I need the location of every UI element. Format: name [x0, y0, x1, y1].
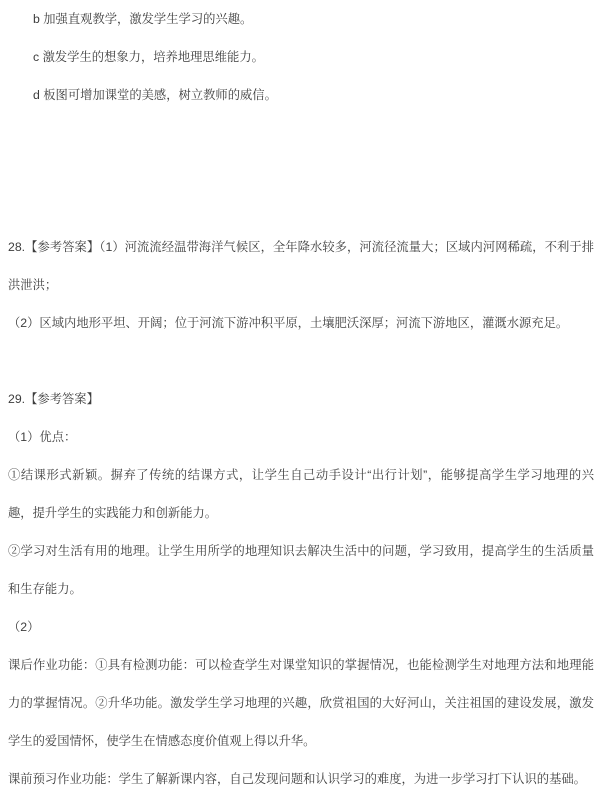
blank-space: [8, 114, 594, 228]
teaching-point-b: b 加强直观教学，激发学生学习的兴趣。: [8, 0, 594, 38]
answer-29-heading: 29.【参考答案】: [8, 380, 594, 418]
answer-29-after-class-function: 课后作业功能：①具有检测功能：可以检查学生对课堂知识的掌握情况，也能检测学生对地…: [8, 646, 594, 760]
teaching-point-c: c 激发学生的想象力，培养地理思维能力。: [8, 38, 594, 76]
answer-29-part-1-label: （1）优点：: [8, 418, 594, 456]
answer-29-pre-class-function: 课前预习作业功能：学生了解新课内容，自己发现问题和认识学习的难度，为进一步学习打…: [8, 760, 594, 790]
answer-29-part-2-label: （2）: [8, 608, 594, 646]
answer-28-paragraph-2: （2）区域内地形平坦、开阔；位于河流下游冲积平原，土壤肥沃深厚；河流下游地区，灌…: [8, 304, 594, 342]
answer-28-paragraph-1: 28.【参考答案】（1）河流流经温带海洋气候区，全年降水较多，河流径流量大；区域…: [8, 228, 594, 304]
answer-key-document: b 加强直观教学，激发学生学习的兴趣。 c 激发学生的想象力，培养地理思维能力。…: [0, 0, 600, 790]
answer-29-advantage-2: ②学习对生活有用的地理。让学生用所学的地理知识去解决生活中的问题，学习致用，提高…: [8, 532, 594, 608]
answer-29-advantage-1: ①结课形式新颖。摒弃了传统的结课方式，让学生自己动手设计“出行计划”，能够提高学…: [8, 456, 594, 532]
blank-space: [8, 342, 594, 380]
teaching-point-d: d 板图可增加课堂的美感，树立教师的威信。: [8, 76, 594, 114]
